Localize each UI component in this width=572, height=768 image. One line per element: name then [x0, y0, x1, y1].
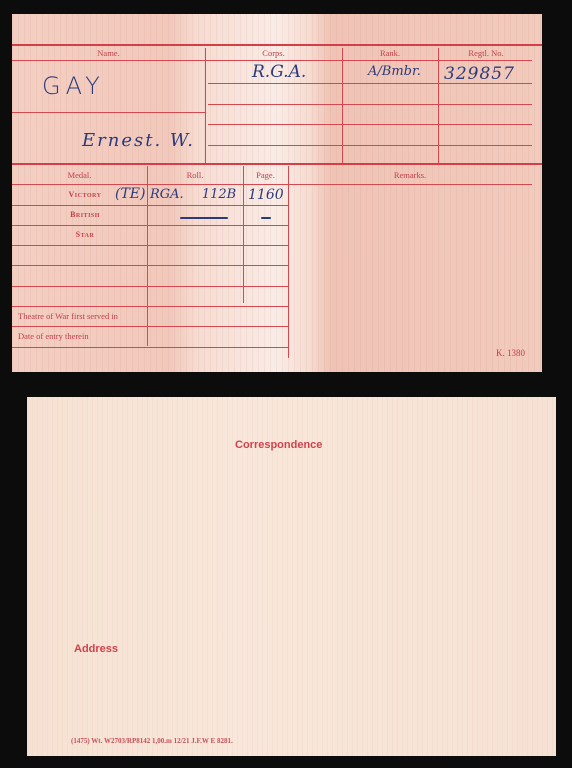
- theatre-label: Theatre of War first served in: [18, 311, 158, 321]
- date-entry-label: Date of entry therein: [18, 331, 158, 341]
- rank-value: A/Bmbr.: [368, 64, 421, 79]
- rule-row-4: [208, 145, 532, 146]
- rule-name-mid: [12, 112, 205, 113]
- corps-value: R.G.A.: [252, 62, 306, 82]
- rule-header: [12, 60, 532, 61]
- divider-roll-page: [243, 166, 244, 303]
- rule-medal-row-3: [12, 245, 288, 246]
- header-regtl-no: Regtl. No.: [438, 48, 534, 58]
- victory-annotation: (TE): [115, 186, 145, 202]
- address-heading: Address: [74, 643, 118, 655]
- rule-top: [12, 44, 542, 46]
- british-page-ditto-mark: [261, 217, 271, 219]
- divider-page-remarks: [288, 166, 289, 358]
- rule-medal-row-1: [12, 205, 288, 206]
- divider-name-corps: [205, 48, 206, 163]
- victory-roll: RGA. 112B: [150, 187, 236, 202]
- regtl-no-value: 329857: [444, 64, 515, 84]
- correspondence-heading: Correspondence: [235, 439, 322, 451]
- medal-british: British: [60, 210, 110, 219]
- british-roll-ditto-mark: [180, 217, 228, 219]
- header-corps: Corps.: [205, 48, 342, 58]
- header-page: Page.: [243, 170, 288, 180]
- rule-medal-row-7: [12, 326, 288, 327]
- header-remarks: Remarks.: [288, 170, 532, 180]
- rule-top-bottom: [12, 163, 542, 165]
- header-medal: Medal.: [12, 170, 147, 180]
- header-roll: Roll.: [147, 170, 243, 180]
- rule-medal-row-5: [12, 286, 288, 287]
- victory-page: 1160: [248, 187, 284, 203]
- medal-victory: Victory: [60, 190, 110, 199]
- rule-medal-header: [12, 184, 532, 185]
- rule-medal-row-2: [12, 225, 288, 226]
- rule-medal-bottom: [12, 347, 288, 348]
- rule-row-2: [208, 104, 532, 105]
- medal-card-back: Correspondence Address (1475) Wt. W2703/…: [27, 397, 556, 756]
- rule-row-3: [208, 124, 532, 125]
- rule-medal-row-6: [12, 306, 288, 307]
- medal-star: Star: [60, 230, 110, 239]
- header-rank: Rank.: [342, 48, 438, 58]
- printer-imprint: (1475) Wt. W2703/RP8142 1,00.m 12/21 J.F…: [71, 737, 233, 745]
- forenames: Ernest. W.: [82, 130, 195, 151]
- rule-medal-row-4: [12, 265, 288, 266]
- form-reference: K. 1380: [496, 348, 525, 358]
- header-name: Name.: [12, 48, 205, 58]
- medal-card-front: Name. Corps. Rank. Regtl. No. GAY Ernest…: [12, 14, 542, 372]
- surname: GAY: [42, 72, 105, 100]
